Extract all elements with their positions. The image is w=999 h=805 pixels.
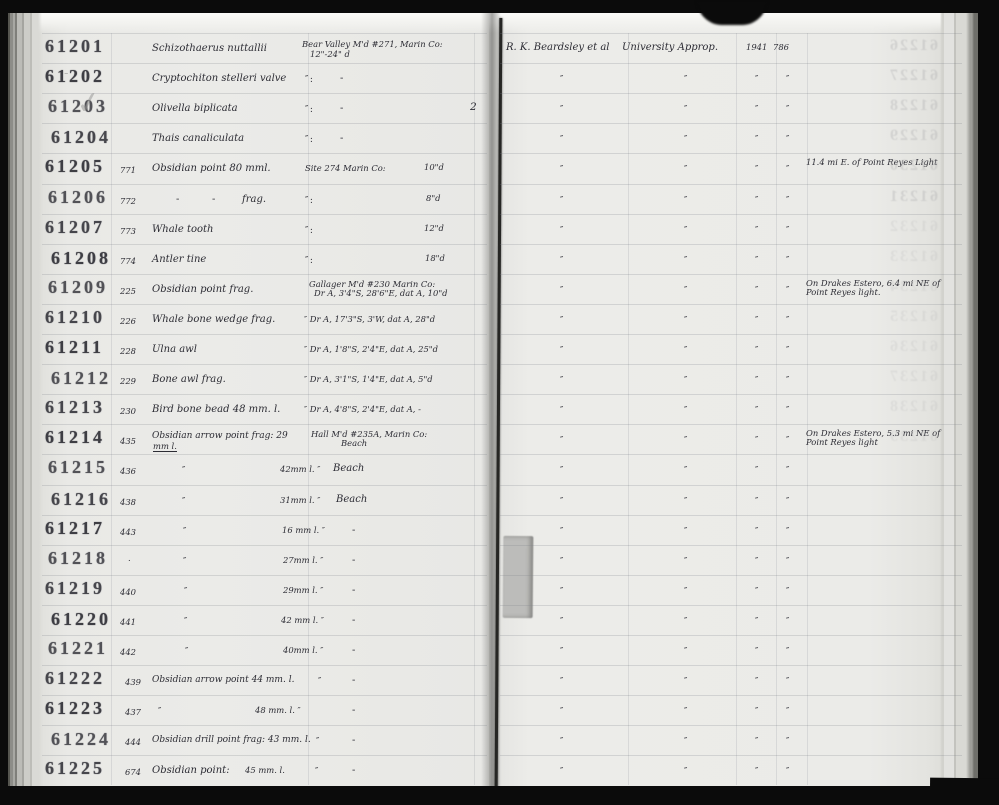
ditto-mark: ″ bbox=[684, 527, 689, 537]
ditto-mark: ″ bbox=[755, 135, 760, 145]
ditto-mark: ″ bbox=[786, 497, 791, 507]
ditto-mark: ″ bbox=[684, 557, 689, 567]
ditto-mark: ″ bbox=[560, 497, 565, 507]
ditto-mark: ″ bbox=[684, 376, 689, 386]
pencil-dash-mark: - bbox=[64, 66, 68, 81]
ditto-mark: ″ bbox=[684, 286, 689, 296]
ditto-mark: ″ bbox=[755, 527, 760, 537]
ditto-mark: ″ bbox=[684, 497, 689, 507]
ditto-mark: ″ bbox=[755, 286, 760, 296]
ditto-mark: ″ bbox=[560, 286, 565, 296]
ghost-catalog-number: 61226 bbox=[888, 37, 938, 55]
ditto-mark: ″ bbox=[786, 346, 791, 356]
ditto-mark: ″ bbox=[560, 557, 565, 567]
ditto-mark: ″ bbox=[684, 647, 689, 657]
ditto-mark: ″ bbox=[560, 677, 565, 687]
ledger-row-right: ″″″″ bbox=[0, 244, 999, 274]
ditto-mark: ″ bbox=[755, 587, 760, 597]
ledger-row-right: ″″″″ bbox=[0, 123, 999, 153]
ditto-mark: ″ bbox=[684, 737, 689, 747]
ditto-mark: ″ bbox=[786, 436, 791, 446]
scanned-ledger-page-spread: 61201Schizothaerus nuttalliiBear Valley … bbox=[0, 0, 999, 805]
ditto-mark: ″ bbox=[560, 346, 565, 356]
ledger-row-right: ″″″″ bbox=[0, 545, 999, 575]
accession-year: 1941 bbox=[746, 42, 767, 52]
ledger-row-right: ″″″″ bbox=[0, 605, 999, 635]
ditto-mark: ″ bbox=[755, 75, 760, 85]
collector-name: R. K. Beardsley et al bbox=[506, 42, 609, 53]
ditto-mark: ″ bbox=[684, 165, 689, 175]
ditto-mark: ″ bbox=[684, 105, 689, 115]
ledger-row-right: ″″″″ bbox=[0, 93, 999, 123]
ditto-mark: ″ bbox=[786, 707, 791, 717]
ditto-mark: ″ bbox=[755, 346, 760, 356]
ditto-mark: ″ bbox=[786, 256, 791, 266]
ledger-row-right: ″″″″On Drakes Estero, 5.3 mi NE ofPoint … bbox=[0, 424, 999, 454]
ditto-mark: ″ bbox=[560, 647, 565, 657]
ditto-mark: ″ bbox=[755, 497, 760, 507]
ghost-catalog-number: 61239 bbox=[888, 428, 938, 446]
ditto-mark: ″ bbox=[755, 707, 760, 717]
ditto-mark: ″ bbox=[755, 256, 760, 266]
ditto-mark: ″ bbox=[786, 466, 791, 476]
ghost-catalog-number: 61233 bbox=[888, 248, 938, 266]
ledger-row-right: ″″″″ bbox=[0, 695, 999, 725]
ditto-mark: ″ bbox=[786, 737, 791, 747]
ditto-mark: ″ bbox=[786, 677, 791, 687]
ledger-row-right: ″″″″ bbox=[0, 454, 999, 484]
ditto-mark: ″ bbox=[560, 707, 565, 717]
ditto-mark: ″ bbox=[755, 436, 760, 446]
ditto-mark: ″ bbox=[560, 135, 565, 145]
ditto-mark: ″ bbox=[684, 75, 689, 85]
ditto-mark: ″ bbox=[684, 406, 689, 416]
ditto-mark: ″ bbox=[560, 165, 565, 175]
ditto-mark: ″ bbox=[560, 436, 565, 446]
ditto-mark: ″ bbox=[684, 587, 689, 597]
ditto-mark: ″ bbox=[560, 376, 565, 386]
ditto-mark: ″ bbox=[755, 165, 760, 175]
ditto-mark: ″ bbox=[560, 75, 565, 85]
ditto-mark: ″ bbox=[755, 677, 760, 687]
ghost-catalog-number: 61228 bbox=[888, 97, 938, 115]
ditto-mark: ″ bbox=[786, 105, 791, 115]
ditto-mark: ″ bbox=[560, 256, 565, 266]
locality-remark: Point Reyes light. bbox=[806, 287, 881, 297]
ditto-mark: ″ bbox=[684, 436, 689, 446]
ditto-mark: ″ bbox=[684, 617, 689, 627]
ditto-mark: ″ bbox=[684, 466, 689, 476]
ledger-row-right: ″″″″ bbox=[0, 214, 999, 244]
accession-number: 786 bbox=[773, 42, 789, 52]
ledger-row-right: ″″″″ bbox=[0, 575, 999, 605]
ledger-row-right: ″″″″ bbox=[0, 725, 999, 755]
ledger-row-right: ″″″″ bbox=[0, 394, 999, 424]
ditto-mark: ″ bbox=[755, 466, 760, 476]
ghost-catalog-number: 61232 bbox=[888, 218, 938, 236]
ditto-mark: ″ bbox=[560, 587, 565, 597]
ditto-mark: ″ bbox=[786, 557, 791, 567]
ditto-mark: ″ bbox=[786, 376, 791, 386]
ditto-mark: ″ bbox=[684, 346, 689, 356]
ditto-mark: ″ bbox=[786, 286, 791, 296]
ditto-mark: ″ bbox=[560, 527, 565, 537]
ditto-mark: ″ bbox=[684, 135, 689, 145]
ditto-mark: ″ bbox=[786, 196, 791, 206]
ditto-mark: ″ bbox=[755, 617, 760, 627]
ledger-row-right: ″″″″ bbox=[0, 665, 999, 695]
ghost-catalog-number: 61234 bbox=[888, 278, 938, 296]
ditto-mark: ″ bbox=[560, 466, 565, 476]
ditto-mark: ″ bbox=[755, 767, 760, 777]
ditto-mark: ″ bbox=[786, 767, 791, 777]
ledger-row-right: ″″″″ bbox=[0, 635, 999, 665]
ghost-catalog-number: 61238 bbox=[888, 398, 938, 416]
ditto-mark: ″ bbox=[684, 226, 689, 236]
ditto-mark: ″ bbox=[560, 316, 565, 326]
ledger-row-right: ″″″″ bbox=[0, 334, 999, 364]
ghost-catalog-number: 61235 bbox=[888, 308, 938, 326]
ditto-mark: ″ bbox=[755, 647, 760, 657]
locality-remark: Point Reyes light bbox=[806, 437, 878, 447]
ditto-mark: ″ bbox=[786, 316, 791, 326]
ditto-mark: ″ bbox=[755, 376, 760, 386]
ditto-mark: ″ bbox=[755, 316, 760, 326]
ditto-mark: ″ bbox=[560, 737, 565, 747]
ledger-row-right: ″″″″ bbox=[0, 304, 999, 334]
ghost-catalog-number: 61229 bbox=[888, 127, 938, 145]
ditto-mark: ″ bbox=[786, 226, 791, 236]
ditto-mark: ″ bbox=[755, 737, 760, 747]
ditto-mark: ″ bbox=[786, 135, 791, 145]
ditto-mark: ″ bbox=[755, 406, 760, 416]
ditto-mark: ″ bbox=[786, 165, 791, 175]
ledger-row-right: ″″″″ bbox=[0, 364, 999, 394]
ledger-row-right: ″″″″ bbox=[0, 184, 999, 214]
ditto-mark: ″ bbox=[786, 617, 791, 627]
ledger-row-right: ″″″″ bbox=[0, 515, 999, 545]
ditto-mark: ″ bbox=[560, 105, 565, 115]
ditto-mark: ″ bbox=[684, 196, 689, 206]
ditto-mark: ″ bbox=[755, 557, 760, 567]
ditto-mark: ″ bbox=[684, 256, 689, 266]
ghost-catalog-number: 61237 bbox=[888, 368, 938, 386]
ditto-mark: ″ bbox=[786, 647, 791, 657]
ditto-mark: ″ bbox=[786, 75, 791, 85]
ghost-catalog-number: 61227 bbox=[888, 67, 938, 85]
ghost-catalog-number: 61231 bbox=[888, 188, 938, 206]
ghost-catalog-number: 61236 bbox=[888, 338, 938, 356]
ditto-mark: ″ bbox=[560, 196, 565, 206]
ditto-mark: ″ bbox=[560, 226, 565, 236]
ghost-catalog-number: 61230 bbox=[888, 157, 938, 175]
scan-bottom-black bbox=[0, 786, 999, 805]
ditto-mark: ″ bbox=[560, 767, 565, 777]
ditto-mark: ″ bbox=[684, 316, 689, 326]
ditto-mark: ″ bbox=[755, 196, 760, 206]
ditto-mark: ″ bbox=[786, 406, 791, 416]
ditto-mark: ″ bbox=[755, 226, 760, 236]
ditto-mark: ″ bbox=[755, 105, 760, 115]
ditto-mark: ″ bbox=[684, 767, 689, 777]
ditto-mark: ″ bbox=[786, 527, 791, 537]
ledger-row-right: ″″″″ bbox=[0, 755, 999, 785]
ditto-mark: ″ bbox=[560, 617, 565, 627]
ledger-row-right: ″″″″On Drakes Estero, 6.4 mi NE ofPoint … bbox=[0, 274, 999, 304]
ledger-row-right: ″″″″11.4 mi E. of Point Reyes Light bbox=[0, 153, 999, 183]
ditto-mark: ″ bbox=[560, 406, 565, 416]
ditto-mark: ″ bbox=[684, 677, 689, 687]
fund-name: University Approp. bbox=[622, 42, 718, 53]
ledger-row-right: ″″″″ bbox=[0, 485, 999, 515]
ditto-mark: ″ bbox=[786, 587, 791, 597]
ledger-row-right: R. K. Beardsley et alUniversity Approp.1… bbox=[0, 33, 999, 63]
ledger-row-right: ″″″″ bbox=[0, 63, 999, 93]
ditto-mark: ″ bbox=[684, 707, 689, 717]
